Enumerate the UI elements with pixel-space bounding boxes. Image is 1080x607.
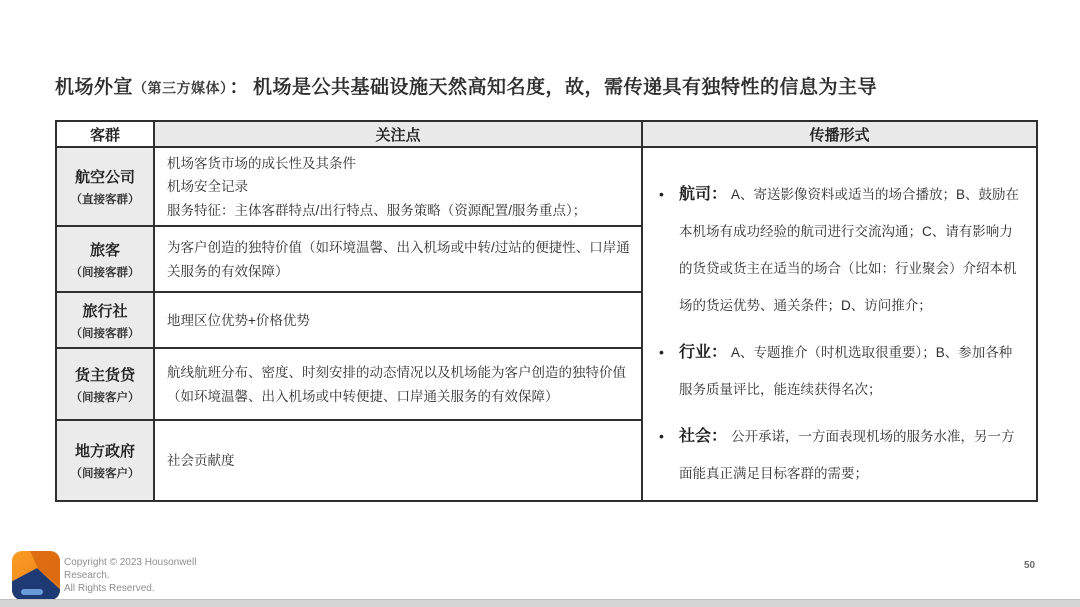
copyright-line-1: Copyright © 2023 Housonwell <box>64 556 196 569</box>
table-row-focus-airlines: 机场客货市场的成长性及其条件 机场安全记录 服务特征：主体客群特点/出行特点、服… <box>155 148 643 227</box>
table-row-group-passengers: 旅客 （间接客群） <box>57 227 155 293</box>
table-row-focus-passengers: 为客户创造的独特价值（如环境温馨、出入机场或中转/过站的便捷性、口岸通关服务的有… <box>155 227 643 293</box>
focus-text: 为客户创造的独特价值（如环境温馨、出入机场或中转/过站的便捷性、口岸通关服务的有… <box>167 236 631 282</box>
bullet-text: A、寄送影像资料或适当的场合播放；B、鼓励在本机场有成功经验的航司进行交流沟通；… <box>679 187 1019 313</box>
table-row-focus-government: 社会贡献度 <box>155 421 643 500</box>
bullet-dot-icon: • <box>659 334 664 371</box>
focus-text: 地理区位优势+价格优势 <box>167 309 310 332</box>
table-row-group-cargo: 货主货贷 （间接客户） <box>57 349 155 421</box>
bullet-dot-icon: • <box>659 418 664 455</box>
table-header-group: 客群 <box>57 122 155 148</box>
table-header-focus: 关注点 <box>155 122 643 148</box>
table-row-group-travel-agency: 旅行社 （间接客群） <box>57 293 155 349</box>
bottom-edge-bar <box>0 599 1080 607</box>
table-row-group-airlines: 航空公司 （直接客群） <box>57 148 155 227</box>
group-name: 地方政府 <box>75 440 135 461</box>
table-row-group-government: 地方政府 （间接客户） <box>57 421 155 500</box>
spread-bullet-airlines: • 航司：A、寄送影像资料或适当的场合播放；B、鼓励在本机场有成功经验的航司进行… <box>655 176 1022 324</box>
bullet-text: A、专题推介（时机选取很重要）；B、参加各种服务质量评比，能连续获得名次； <box>679 345 1012 397</box>
spread-forms-cell: • 航司：A、寄送影像资料或适当的场合播放；B、鼓励在本机场有成功经验的航司进行… <box>643 148 1036 500</box>
copyright-line-2: Research. <box>64 569 196 582</box>
bullet-lead: 社会： <box>679 428 727 445</box>
page-title: 机场外宣（第三方媒体）：机场是公共基础设施天然高知名度，故，需传递具有独特性的信… <box>55 72 1035 99</box>
slide: 机场外宣（第三方媒体）：机场是公共基础设施天然高知名度，故，需传递具有独特性的信… <box>0 0 1080 607</box>
group-subtitle: （间接客户） <box>71 389 140 405</box>
audience-table: 客群 关注点 传播形式 航空公司 （直接客群） 机场客货市场的成长性及其条件 机… <box>55 120 1038 502</box>
focus-text: 机场客货市场的成长性及其条件 机场安全记录 服务特征：主体客群特点/出行特点、服… <box>167 152 586 222</box>
group-name: 货主货贷 <box>75 364 135 385</box>
focus-text: 社会贡献度 <box>167 449 235 472</box>
bullet-lead: 行业： <box>679 344 727 361</box>
group-name: 旅行社 <box>82 300 127 321</box>
table-row-focus-cargo: 航线航班分布、密度、时刻安排的动态情况以及机场能为客户创造的独特价值（如环境温馨… <box>155 349 643 421</box>
bullet-text: 公开承诺，一方面表现机场的服务水准，另一方面能真正满足目标客群的需要； <box>679 429 1015 481</box>
title-paren: （第三方媒体） <box>133 80 228 96</box>
focus-text: 航线航班分布、密度、时刻安排的动态情况以及机场能为客户创造的独特价值（如环境温馨… <box>167 361 631 407</box>
group-subtitle: （间接客群） <box>71 264 140 280</box>
spread-bullet-industry: • 行业：A、专题推介（时机选取很重要）；B、参加各种服务质量评比，能连续获得名… <box>655 334 1022 408</box>
group-subtitle: （间接客户） <box>71 465 140 481</box>
copyright-line-3: All Rights Reserved. <box>64 582 196 595</box>
housonwell-logo-icon <box>12 551 60 600</box>
group-name: 航空公司 <box>75 166 135 187</box>
group-subtitle: （直接客群） <box>71 191 140 207</box>
table-header-spread: 传播形式 <box>643 122 1036 148</box>
spread-bullet-society: • 社会：公开承诺，一方面表现机场的服务水准，另一方面能真正满足目标客群的需要； <box>655 418 1022 492</box>
table-row-focus-travel-agency: 地理区位优势+价格优势 <box>155 293 643 349</box>
title-rest: 机场是公共基础设施天然高知名度，故，需传递具有独特性的信息为主导 <box>253 77 877 98</box>
logo-wordmark-pill <box>21 589 43 595</box>
copyright-text: Copyright © 2023 Housonwell Research. Al… <box>64 556 196 595</box>
bullet-lead: 航司： <box>679 186 727 203</box>
group-name: 旅客 <box>90 239 120 260</box>
page-number: 50 <box>1024 560 1035 571</box>
title-main: 机场外宣 <box>55 77 133 98</box>
bullet-dot-icon: • <box>659 176 664 213</box>
group-subtitle: （间接客群） <box>71 325 140 341</box>
title-colon: ： <box>230 77 250 98</box>
